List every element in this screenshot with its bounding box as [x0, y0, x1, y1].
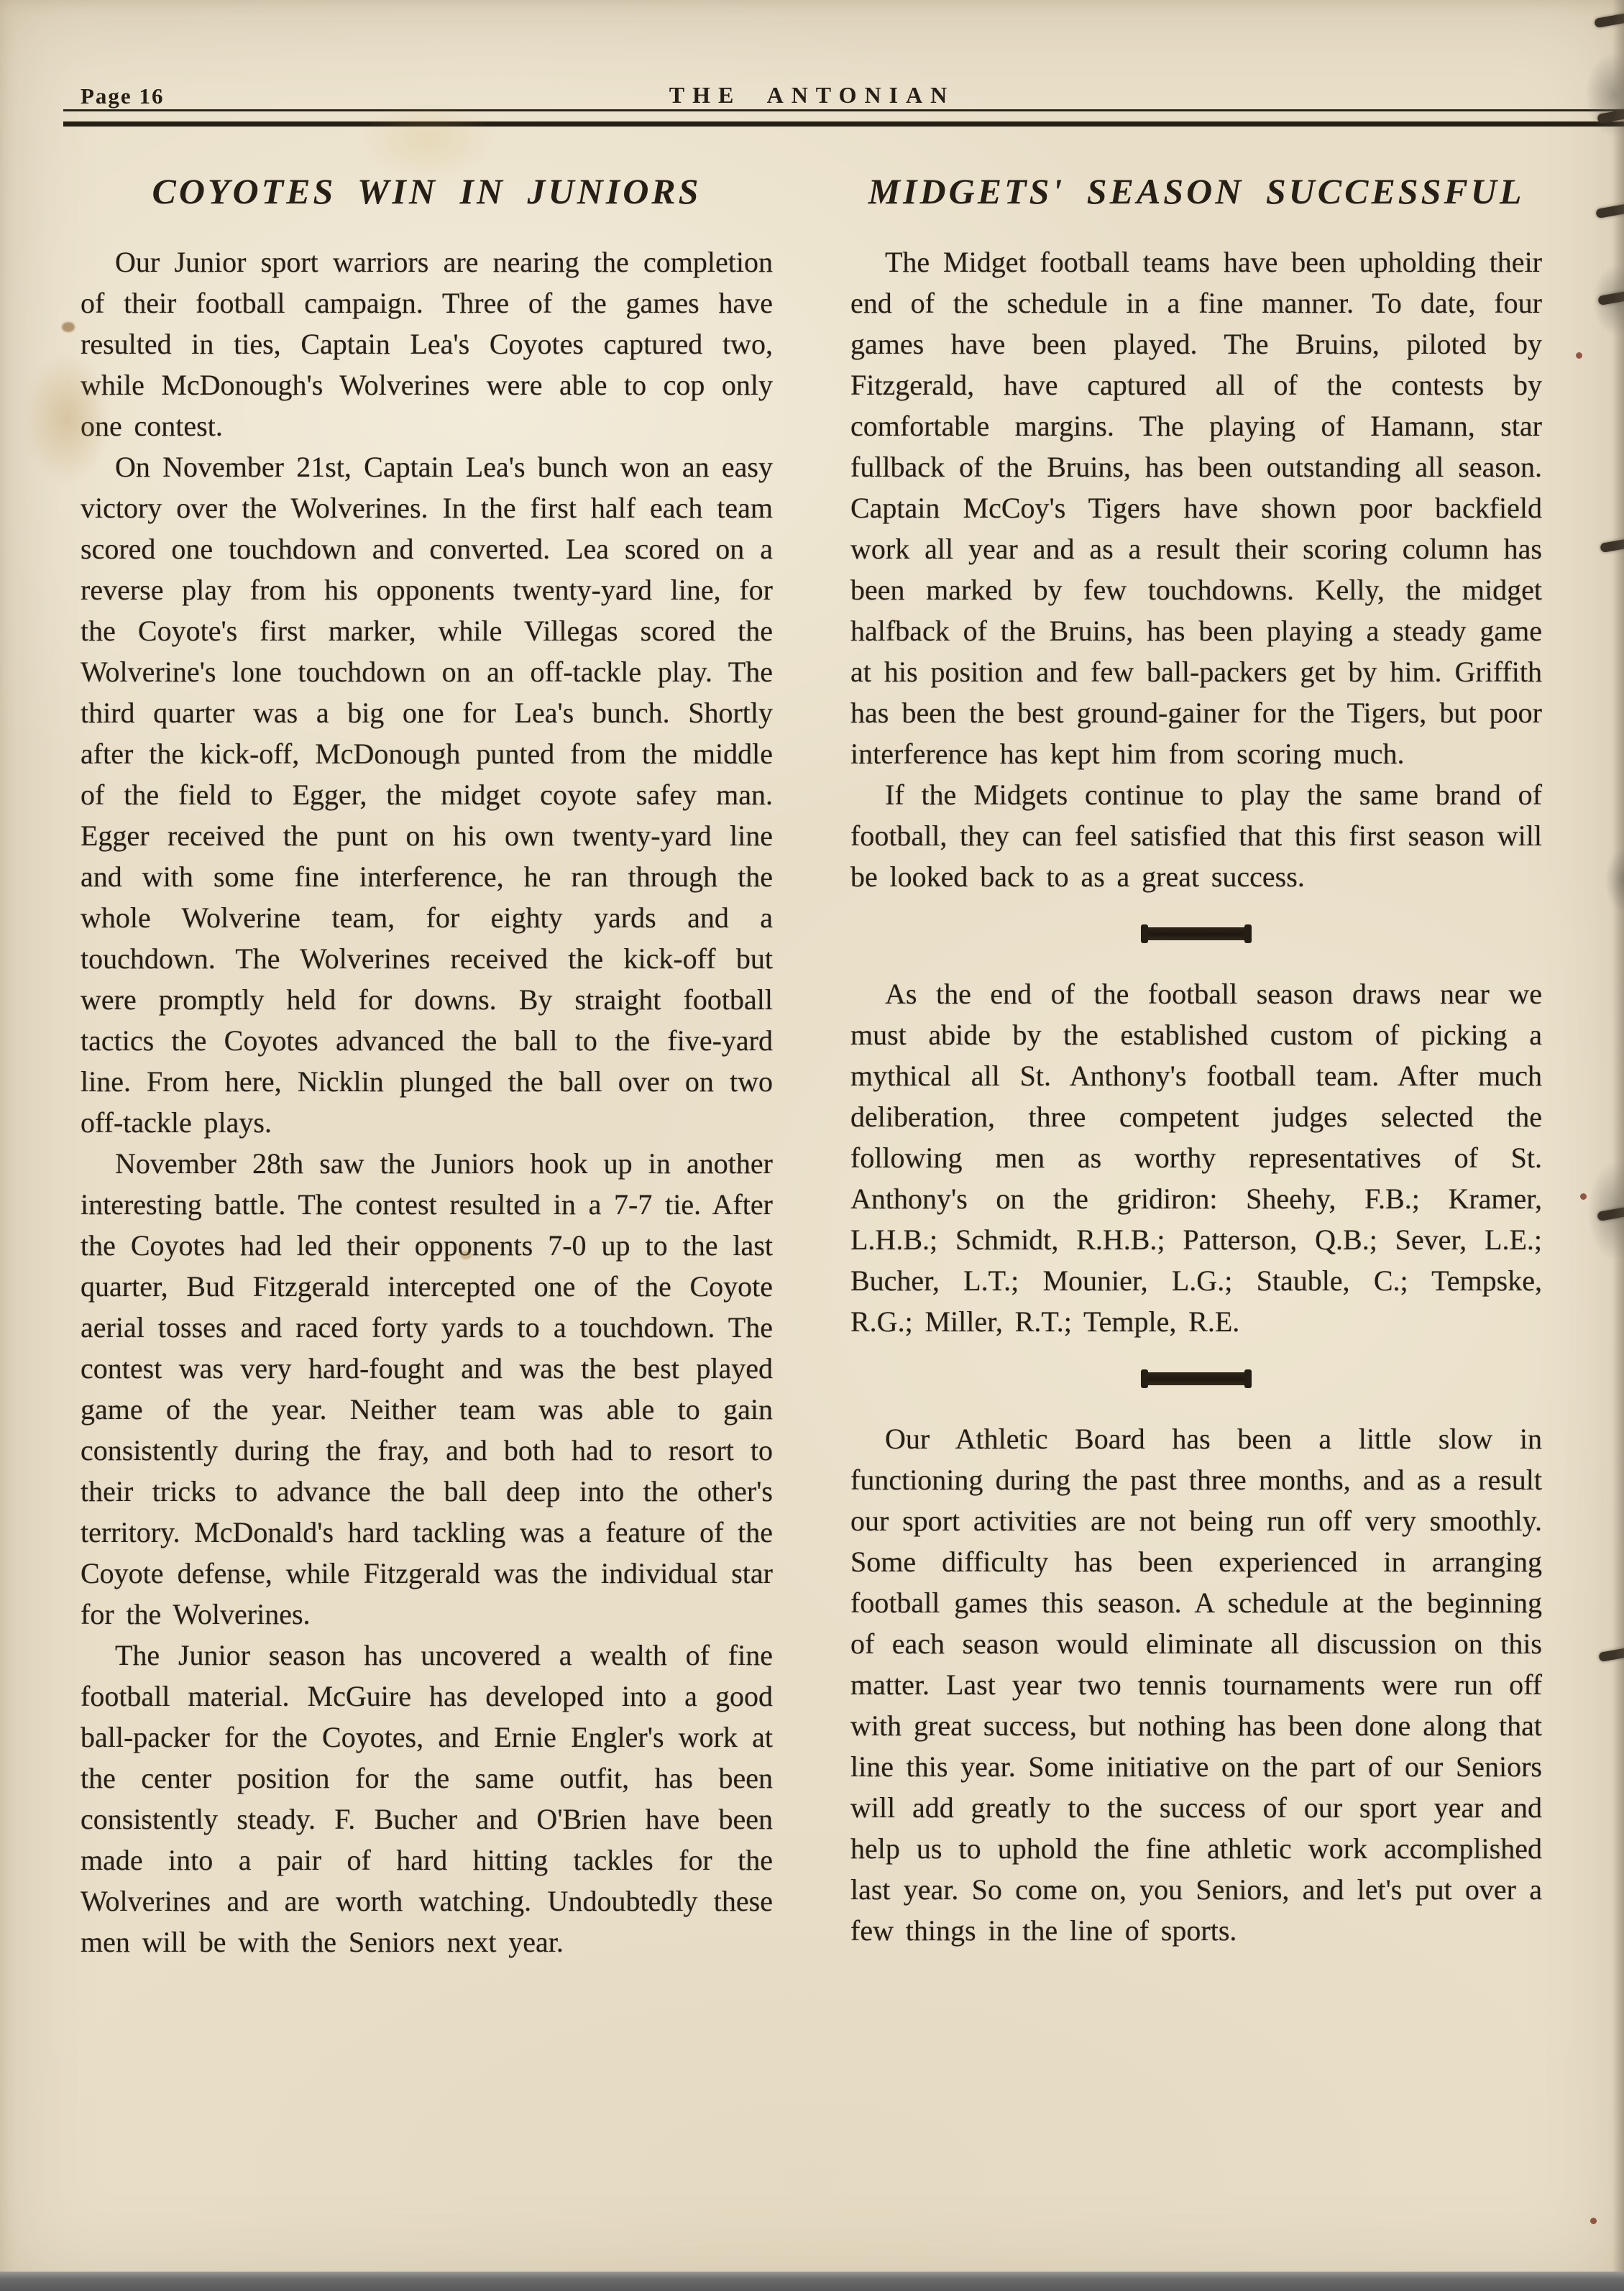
paragraph: Our Junior sport warriors are nearing th…: [81, 242, 773, 446]
divider-ornament: [1143, 927, 1249, 940]
paragraph: On November 21st, Captain Lea's bunch wo…: [81, 446, 773, 1143]
right-headline: MIDGETS' SEASON SUCCESSFUL: [850, 171, 1542, 211]
page-number: Page 16: [81, 83, 164, 109]
scanned-page: Page 16 THE ANTONIAN COYOTES WIN IN JUNI…: [0, 0, 1624, 2291]
right-column: MIDGETS' SEASON SUCCESSFUL The Midget fo…: [850, 171, 1542, 1951]
paragraph: If the Midgets continue to play the same…: [850, 774, 1542, 897]
paragraph: The Midget football teams have been upho…: [850, 242, 1542, 774]
paragraph: November 28th saw the Juniors hook up in…: [81, 1143, 773, 1635]
paragraph: Our Athletic Board has been a little slo…: [850, 1418, 1542, 1951]
binding-mark: [1576, 352, 1582, 359]
paragraph: As the end of the football season draws …: [850, 973, 1542, 1342]
masthead-title: THE ANTONIAN: [669, 82, 955, 109]
divider-ornament: [1143, 1372, 1249, 1385]
paragraph: The Junior season has uncovered a wealth…: [81, 1635, 773, 1962]
left-headline: COYOTES WIN IN JUNIORS: [81, 171, 773, 211]
scan-edge: [0, 2272, 1624, 2291]
scan-edge: [1612, 0, 1624, 2291]
header-rule: [63, 109, 1624, 127]
paper-stain: [62, 322, 75, 332]
binding-mark: [1580, 1193, 1587, 1200]
left-column: COYOTES WIN IN JUNIORS Our Junior sport …: [81, 171, 773, 1962]
binding-mark: [1590, 2218, 1597, 2224]
